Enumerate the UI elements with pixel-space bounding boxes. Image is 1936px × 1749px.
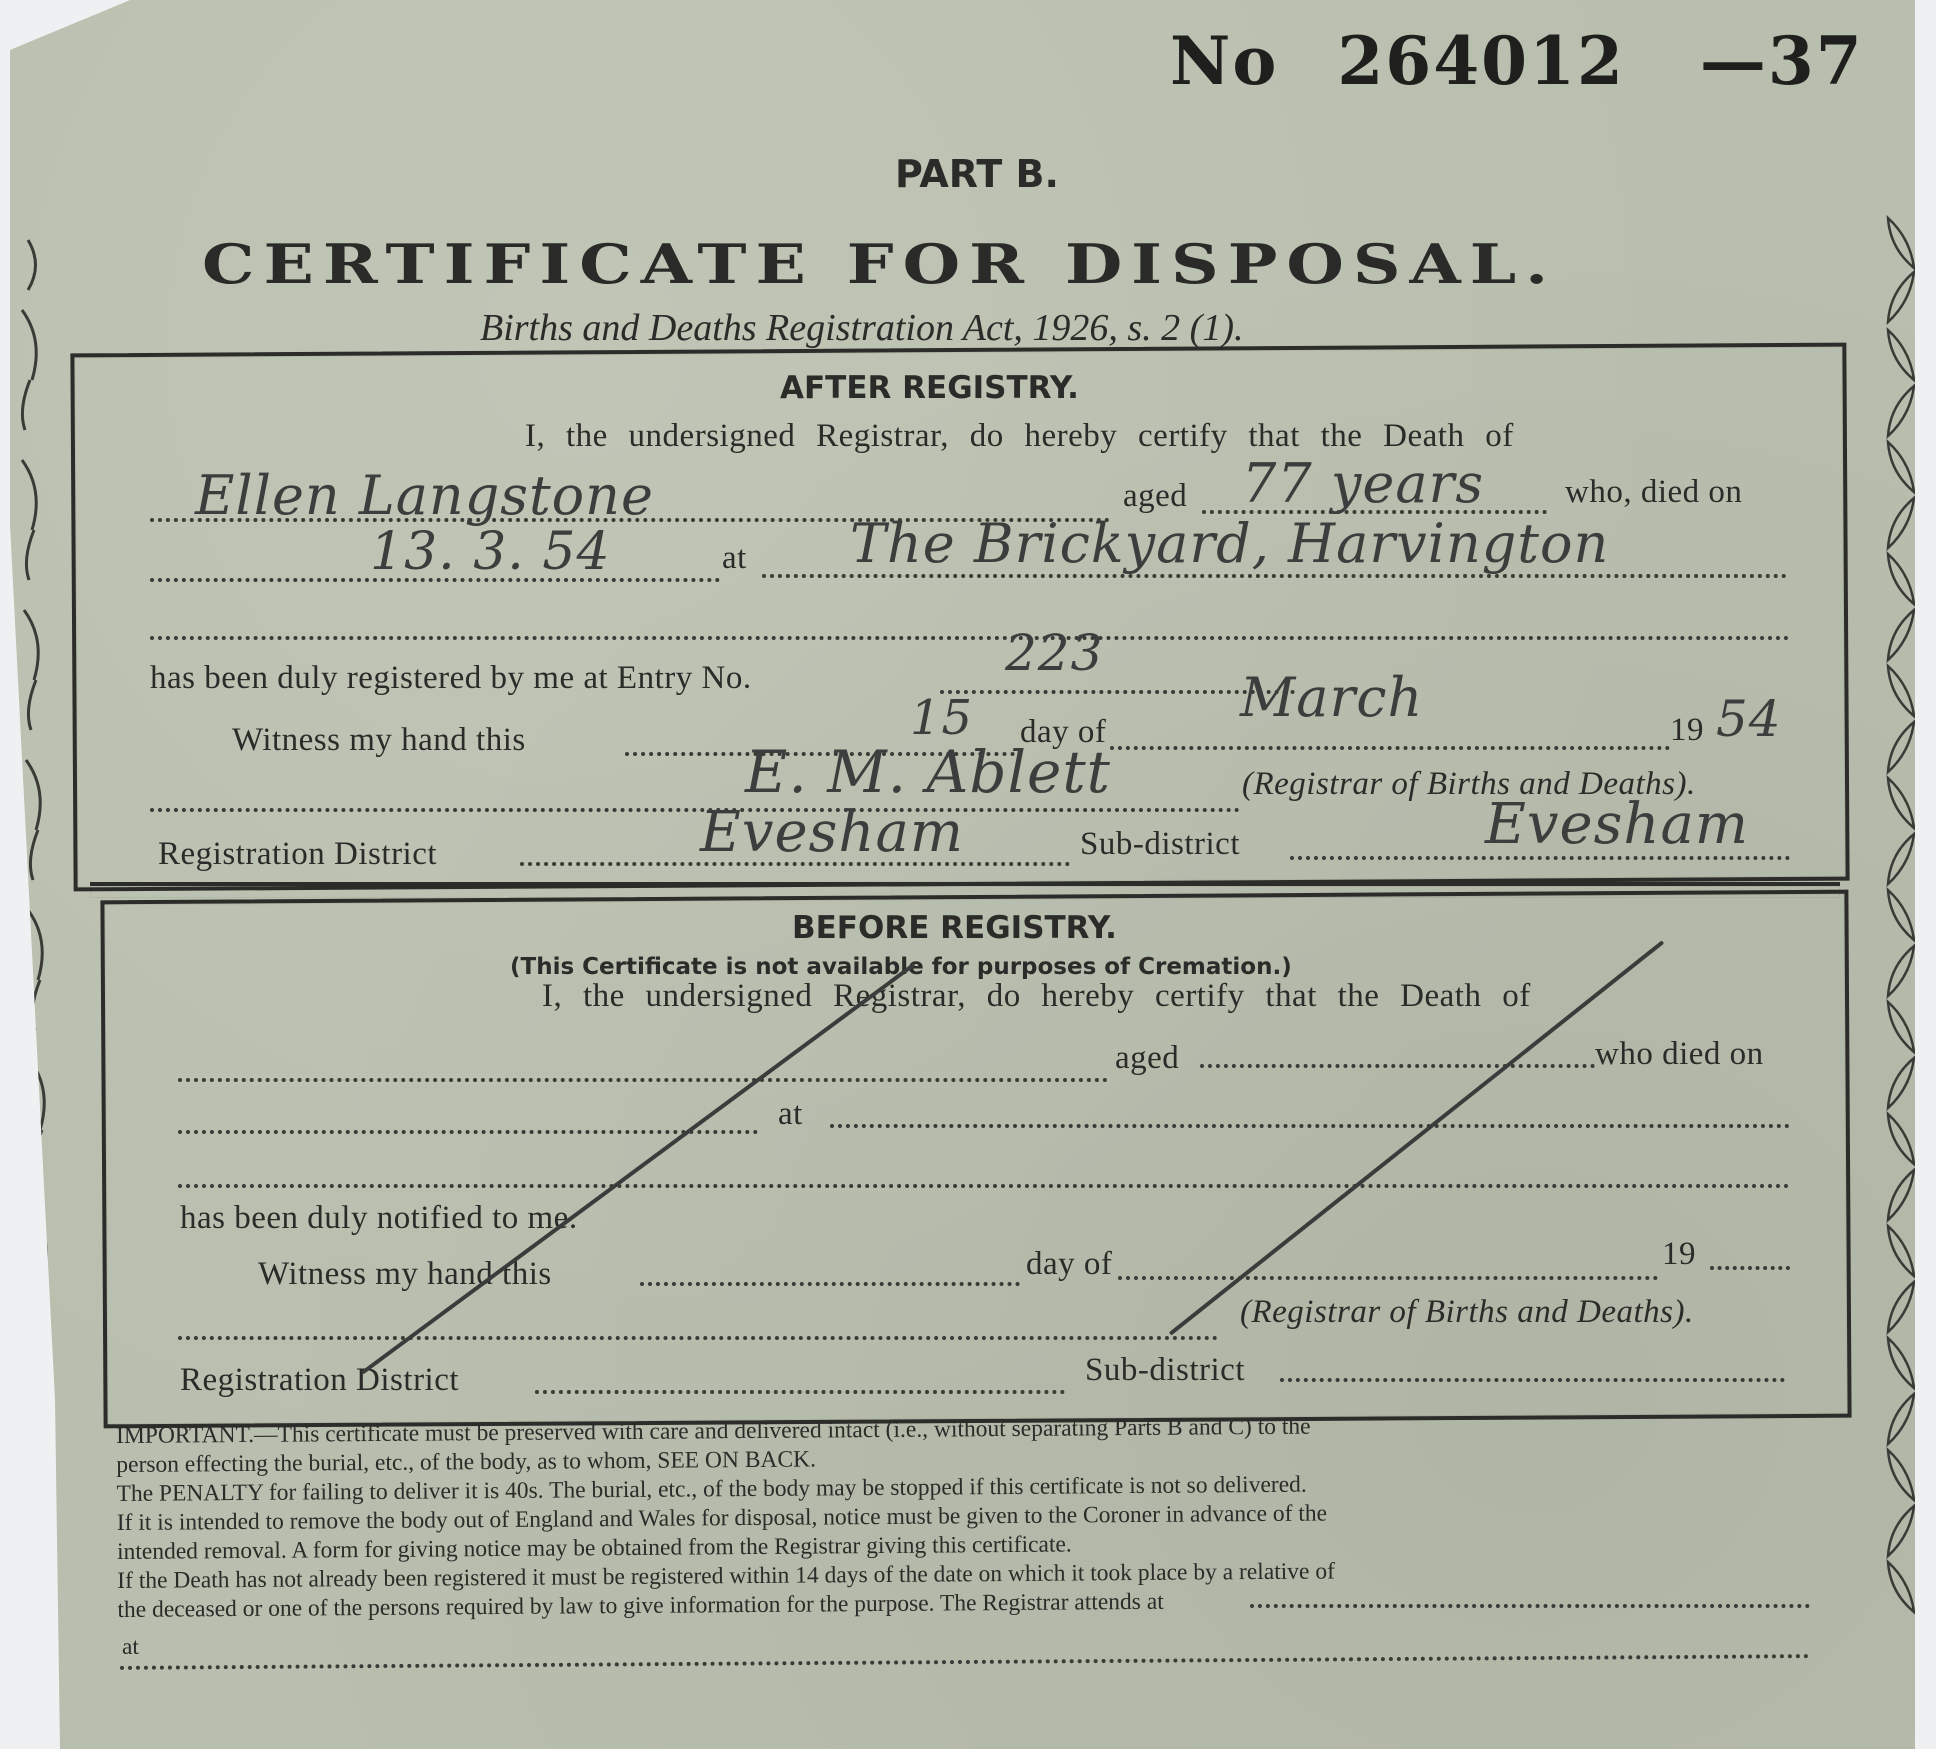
before-place-line [830,1124,1790,1128]
year-suffix-field[interactable]: 54 [1716,690,1782,748]
important-notice: IMPORTANT.—This certificate must be pres… [116,1408,1848,1625]
attends-at-line [120,1654,1810,1670]
before-month-line [1118,1276,1658,1280]
after-registry-heading: AFTER REGISTRY. [780,370,1079,406]
month-field[interactable]: March [1240,666,1423,729]
before-district-line [535,1390,1065,1394]
before-aged-label: aged [1115,1040,1179,1077]
date-of-death-field[interactable]: 13. 3. 54 [370,522,611,582]
before-subdistrict-line [1280,1378,1785,1382]
before-intro-text: I, the undersigned Registrar, do hereby … [542,978,1531,1015]
registered-label: has been duly registered by me at Entry … [150,660,752,697]
month-field-line [1110,746,1670,750]
certificate-paper: No 264012 —37 PART B. CERTIFICATE FOR DI… [10,0,1915,1749]
attends-at-label: at [122,1634,139,1661]
before-subdistrict-label: Sub-district [1085,1352,1245,1389]
part-label: PART B. [895,152,1059,196]
witness-label: Witness my hand this [232,722,526,759]
age-field[interactable]: 77 years [1242,452,1484,515]
before-district-label: Registration District [180,1362,459,1399]
before-at-label: at [778,1096,803,1133]
before-year-line [1710,1266,1790,1270]
before-year-prefix: 19 [1662,1236,1696,1273]
died-on-label: who, died on [1565,474,1742,511]
registrar-signature[interactable]: E. M. Ablett [745,738,1111,806]
document-title: CERTIFICATE FOR DISPOSAL. [202,232,1557,296]
entry-number-field[interactable]: 223 [1005,624,1103,682]
aged-label: aged [1123,478,1187,515]
left-leaf-border-ornament [10,230,70,1680]
district-field[interactable]: Evesham [700,800,964,865]
signature-line [150,808,1240,812]
at-label: at [722,540,747,577]
serial-prefix: No [1170,22,1278,100]
before-registrar-label: (Registrar of Births and Deaths). [1240,1294,1694,1331]
place-continuation-line [150,636,1790,640]
after-intro-text: I, the undersigned Registrar, do hereby … [525,418,1514,455]
before-age-line [1200,1064,1595,1068]
before-date-line [178,1130,758,1134]
before-name-line [178,1078,1108,1082]
before-place-continuation-line [178,1184,1790,1188]
before-died-on-label: who died on [1595,1036,1764,1073]
right-leaf-border-ornament [1882,210,1922,1650]
place-of-death-field[interactable]: The Brickyard, Harvington [850,512,1609,575]
registrar-attends-line [1250,1604,1810,1608]
subdistrict-label: Sub-district [1080,826,1240,863]
subdistrict-field[interactable]: Evesham [1485,792,1749,857]
before-day-of-label: day of [1026,1246,1112,1283]
notified-label: has been duly notified to me. [180,1200,578,1237]
serial-suffix: —37 [1700,22,1864,100]
before-signature-line [178,1336,1218,1340]
year-prefix: 19 [1670,712,1704,749]
serial-number-block: No 264012 —37 [1170,22,1864,100]
before-day-line [640,1282,1020,1286]
act-reference: Births and Deaths Registration Act, 1926… [480,306,1244,350]
serial-number: 264012 [1337,22,1625,100]
before-registry-heading: BEFORE REGISTRY. [792,910,1117,946]
district-label: Registration District [158,836,437,873]
deceased-name-field[interactable]: Ellen Langstone [195,464,654,527]
